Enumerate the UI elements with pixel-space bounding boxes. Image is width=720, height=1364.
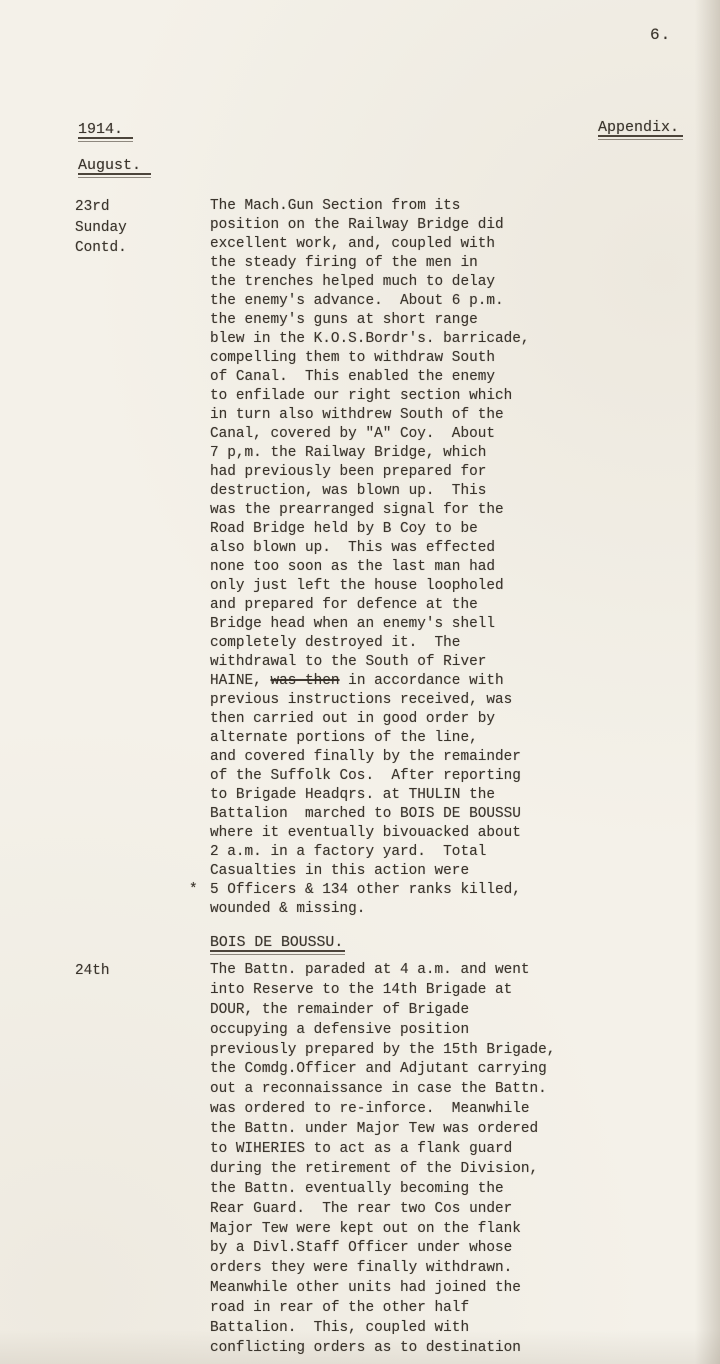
text-line: The Battn. paraded at 4 a.m. and went (210, 961, 555, 981)
text-line: alternate portions of the line, (210, 729, 530, 748)
text-line: Bridge head when an enemy's shell (210, 615, 530, 634)
text-line: of the Suffolk Cos. After reporting (210, 767, 530, 786)
text-line: the Comdg.Officer and Adjutant carrying (210, 1060, 555, 1080)
text-line: the Battn. under Major Tew was ordered (210, 1120, 555, 1140)
text-line: had previously been prepared for (210, 463, 530, 482)
struck-text: was then (270, 673, 339, 689)
text-line: into Reserve to the 14th Brigade at (210, 981, 555, 1001)
text-line: was ordered to re-inforce. Meanwhile (210, 1100, 555, 1120)
text-line: compelling them to withdraw South (210, 349, 530, 368)
text-line: to enfilade our right section which (210, 387, 530, 406)
text-line: and covered finally by the remainder (210, 748, 530, 767)
text-line: road in rear of the other half (210, 1299, 555, 1319)
text-line: Major Tew were kept out on the flank (210, 1220, 555, 1240)
document-page: 6. 1914. Appendix. August. BOIS DE BOUSS… (0, 0, 720, 1364)
diary-entry: 23rdSundayContd.The Mach.Gun Section fro… (75, 197, 530, 919)
asterisk-marker: * (189, 881, 198, 900)
margin-line: Sunday (75, 218, 210, 239)
text-line: conflicting orders as to destination (210, 1339, 555, 1359)
text-line: the enemy's advance. About 6 p.m. (210, 292, 530, 311)
text-line: withdrawal to the South of River (210, 653, 530, 672)
text-line: completely destroyed it. The (210, 634, 530, 653)
text-line: during the retirement of the Division, (210, 1160, 555, 1180)
text-line: orders they were finally withdrawn. (210, 1259, 555, 1279)
margin-line: Contd. (75, 238, 210, 259)
entry-body: The Battn. paraded at 4 a.m. and wentint… (210, 961, 555, 1359)
text-line: also blown up. This was effected (210, 539, 530, 558)
text-line: and prepared for defence at the (210, 596, 530, 615)
entries-container: 23rdSundayContd.The Mach.Gun Section fro… (0, 0, 720, 1364)
text-line: Canal, covered by "A" Coy. About (210, 425, 530, 444)
text-line: the enemy's guns at short range (210, 311, 530, 330)
diary-entry: 24thThe Battn. paraded at 4 a.m. and wen… (75, 961, 555, 1359)
text-line: blew in the K.O.S.Bordr's. barricade, (210, 330, 530, 349)
text-line: excellent work, and, coupled with (210, 235, 530, 254)
text-line: Rear Guard. The rear two Cos under (210, 1200, 555, 1220)
text-line: in turn also withdrew South of the (210, 406, 530, 425)
margin-line: 23rd (75, 197, 210, 218)
text-line: Battalion. This, coupled with (210, 1319, 555, 1339)
text-line: position on the Railway Bridge did (210, 216, 530, 235)
text-line: previous instructions received, was (210, 691, 530, 710)
text-line: DOUR, the remainder of Brigade (210, 1001, 555, 1021)
text-line: only just left the house loopholed (210, 577, 530, 596)
text-line: of Canal. This enabled the enemy (210, 368, 530, 387)
text-line: then carried out in good order by (210, 710, 530, 729)
text-line: to Brigade Headqrs. at THULIN the (210, 786, 530, 805)
entry-body: The Mach.Gun Section from itsposition on… (210, 197, 530, 919)
text-line: Casualties in this action were (210, 862, 530, 881)
text-line: wounded & missing. (210, 900, 530, 919)
text-line: the steady firing of the men in (210, 254, 530, 273)
margin-line: 24th (75, 961, 210, 982)
text-line: *5 Officers & 134 other ranks killed, (210, 881, 530, 900)
text-line: HAINE, was then in accordance with (210, 672, 530, 691)
text-line: destruction, was blown up. This (210, 482, 530, 501)
text-line: was the prearranged signal for the (210, 501, 530, 520)
text-line: 7 p,m. the Railway Bridge, which (210, 444, 530, 463)
text-line: the Battn. eventually becoming the (210, 1180, 555, 1200)
entry-date-label: 24th (75, 961, 210, 1359)
text-line: Meanwhile other units had joined the (210, 1279, 555, 1299)
text-line: previously prepared by the 15th Brigade, (210, 1041, 555, 1061)
text-line: none too soon as the last man had (210, 558, 530, 577)
text-line: to WIHERIES to act as a flank guard (210, 1140, 555, 1160)
entry-date-label: 23rdSundayContd. (75, 197, 210, 919)
text-line: the trenches helped much to delay (210, 273, 530, 292)
text-line: The Mach.Gun Section from its (210, 197, 530, 216)
text-line: by a Divl.Staff Officer under whose (210, 1239, 555, 1259)
text-line: occupying a defensive position (210, 1021, 555, 1041)
text-line: 2 a.m. in a factory yard. Total (210, 843, 530, 862)
text-line: where it eventually bivouacked about (210, 824, 530, 843)
text-line: Road Bridge held by B Coy to be (210, 520, 530, 539)
text-line: out a reconnaissance in case the Battn. (210, 1080, 555, 1100)
text-line: Battalion marched to BOIS DE BOUSSU (210, 805, 530, 824)
